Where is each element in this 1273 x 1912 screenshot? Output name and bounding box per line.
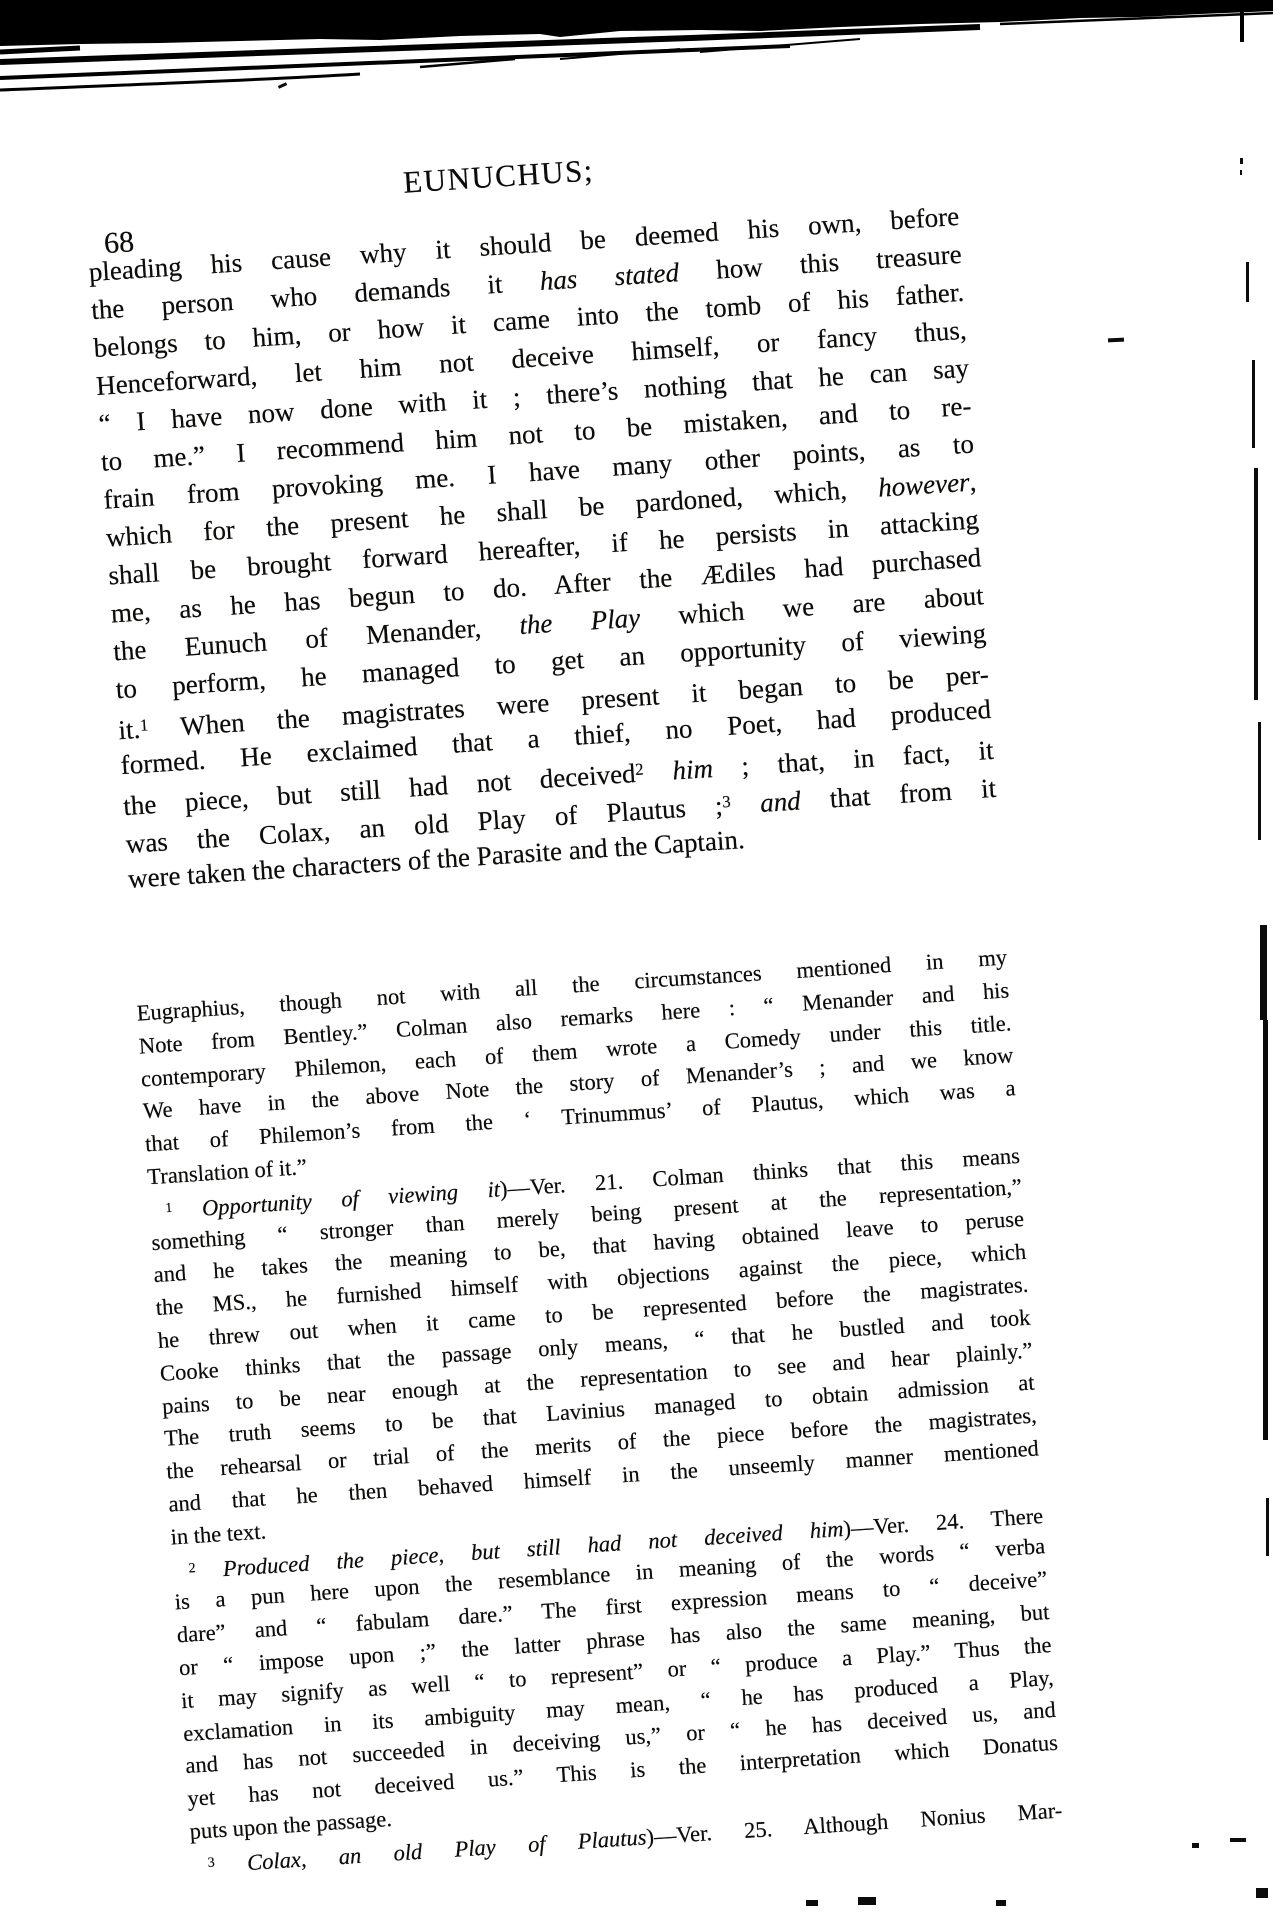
page-title: EUNUCHUS;: [402, 152, 595, 199]
scan-artifact: [1258, 722, 1261, 840]
scan-artifact: [806, 1900, 818, 1906]
scan-artifact: [1254, 468, 1258, 700]
scan-artifact: [1240, 158, 1243, 164]
footnote-1: 1 Opportunity of viewing it)—Ver. 21. Co…: [148, 1138, 1041, 1554]
scan-artifact: [1252, 360, 1255, 448]
scan-artifact: [1260, 925, 1267, 1020]
scan-artifact: [858, 1897, 876, 1905]
footnote-2: 2 Produced the piece, but still had not …: [172, 1498, 1061, 1849]
main-text-paragraph: pleading his cause why it should be deem…: [88, 197, 1000, 898]
footnotes-section: Eugraphius, though not with all the circ…: [136, 941, 1063, 1881]
scan-artifact: [1240, 170, 1242, 175]
scan-artifact: [1230, 1838, 1246, 1842]
scan-artifact: [1246, 262, 1249, 302]
scan-artifact: [1263, 1020, 1268, 1440]
scan-artifact: [1256, 1888, 1268, 1898]
scan-artifact: [1266, 1498, 1269, 1556]
page-content: EUNUCHUS; 68 pleading his cause why it s…: [58, 125, 1067, 1892]
scan-artifact: [1192, 1843, 1199, 1848]
scan-artifact: [1108, 338, 1124, 343]
scanned-book-page: EUNUCHUS; 68 pleading his cause why it s…: [0, 0, 1273, 1912]
scan-top-edge-artifact: [0, 0, 1273, 100]
scan-artifact: [996, 1900, 1006, 1906]
